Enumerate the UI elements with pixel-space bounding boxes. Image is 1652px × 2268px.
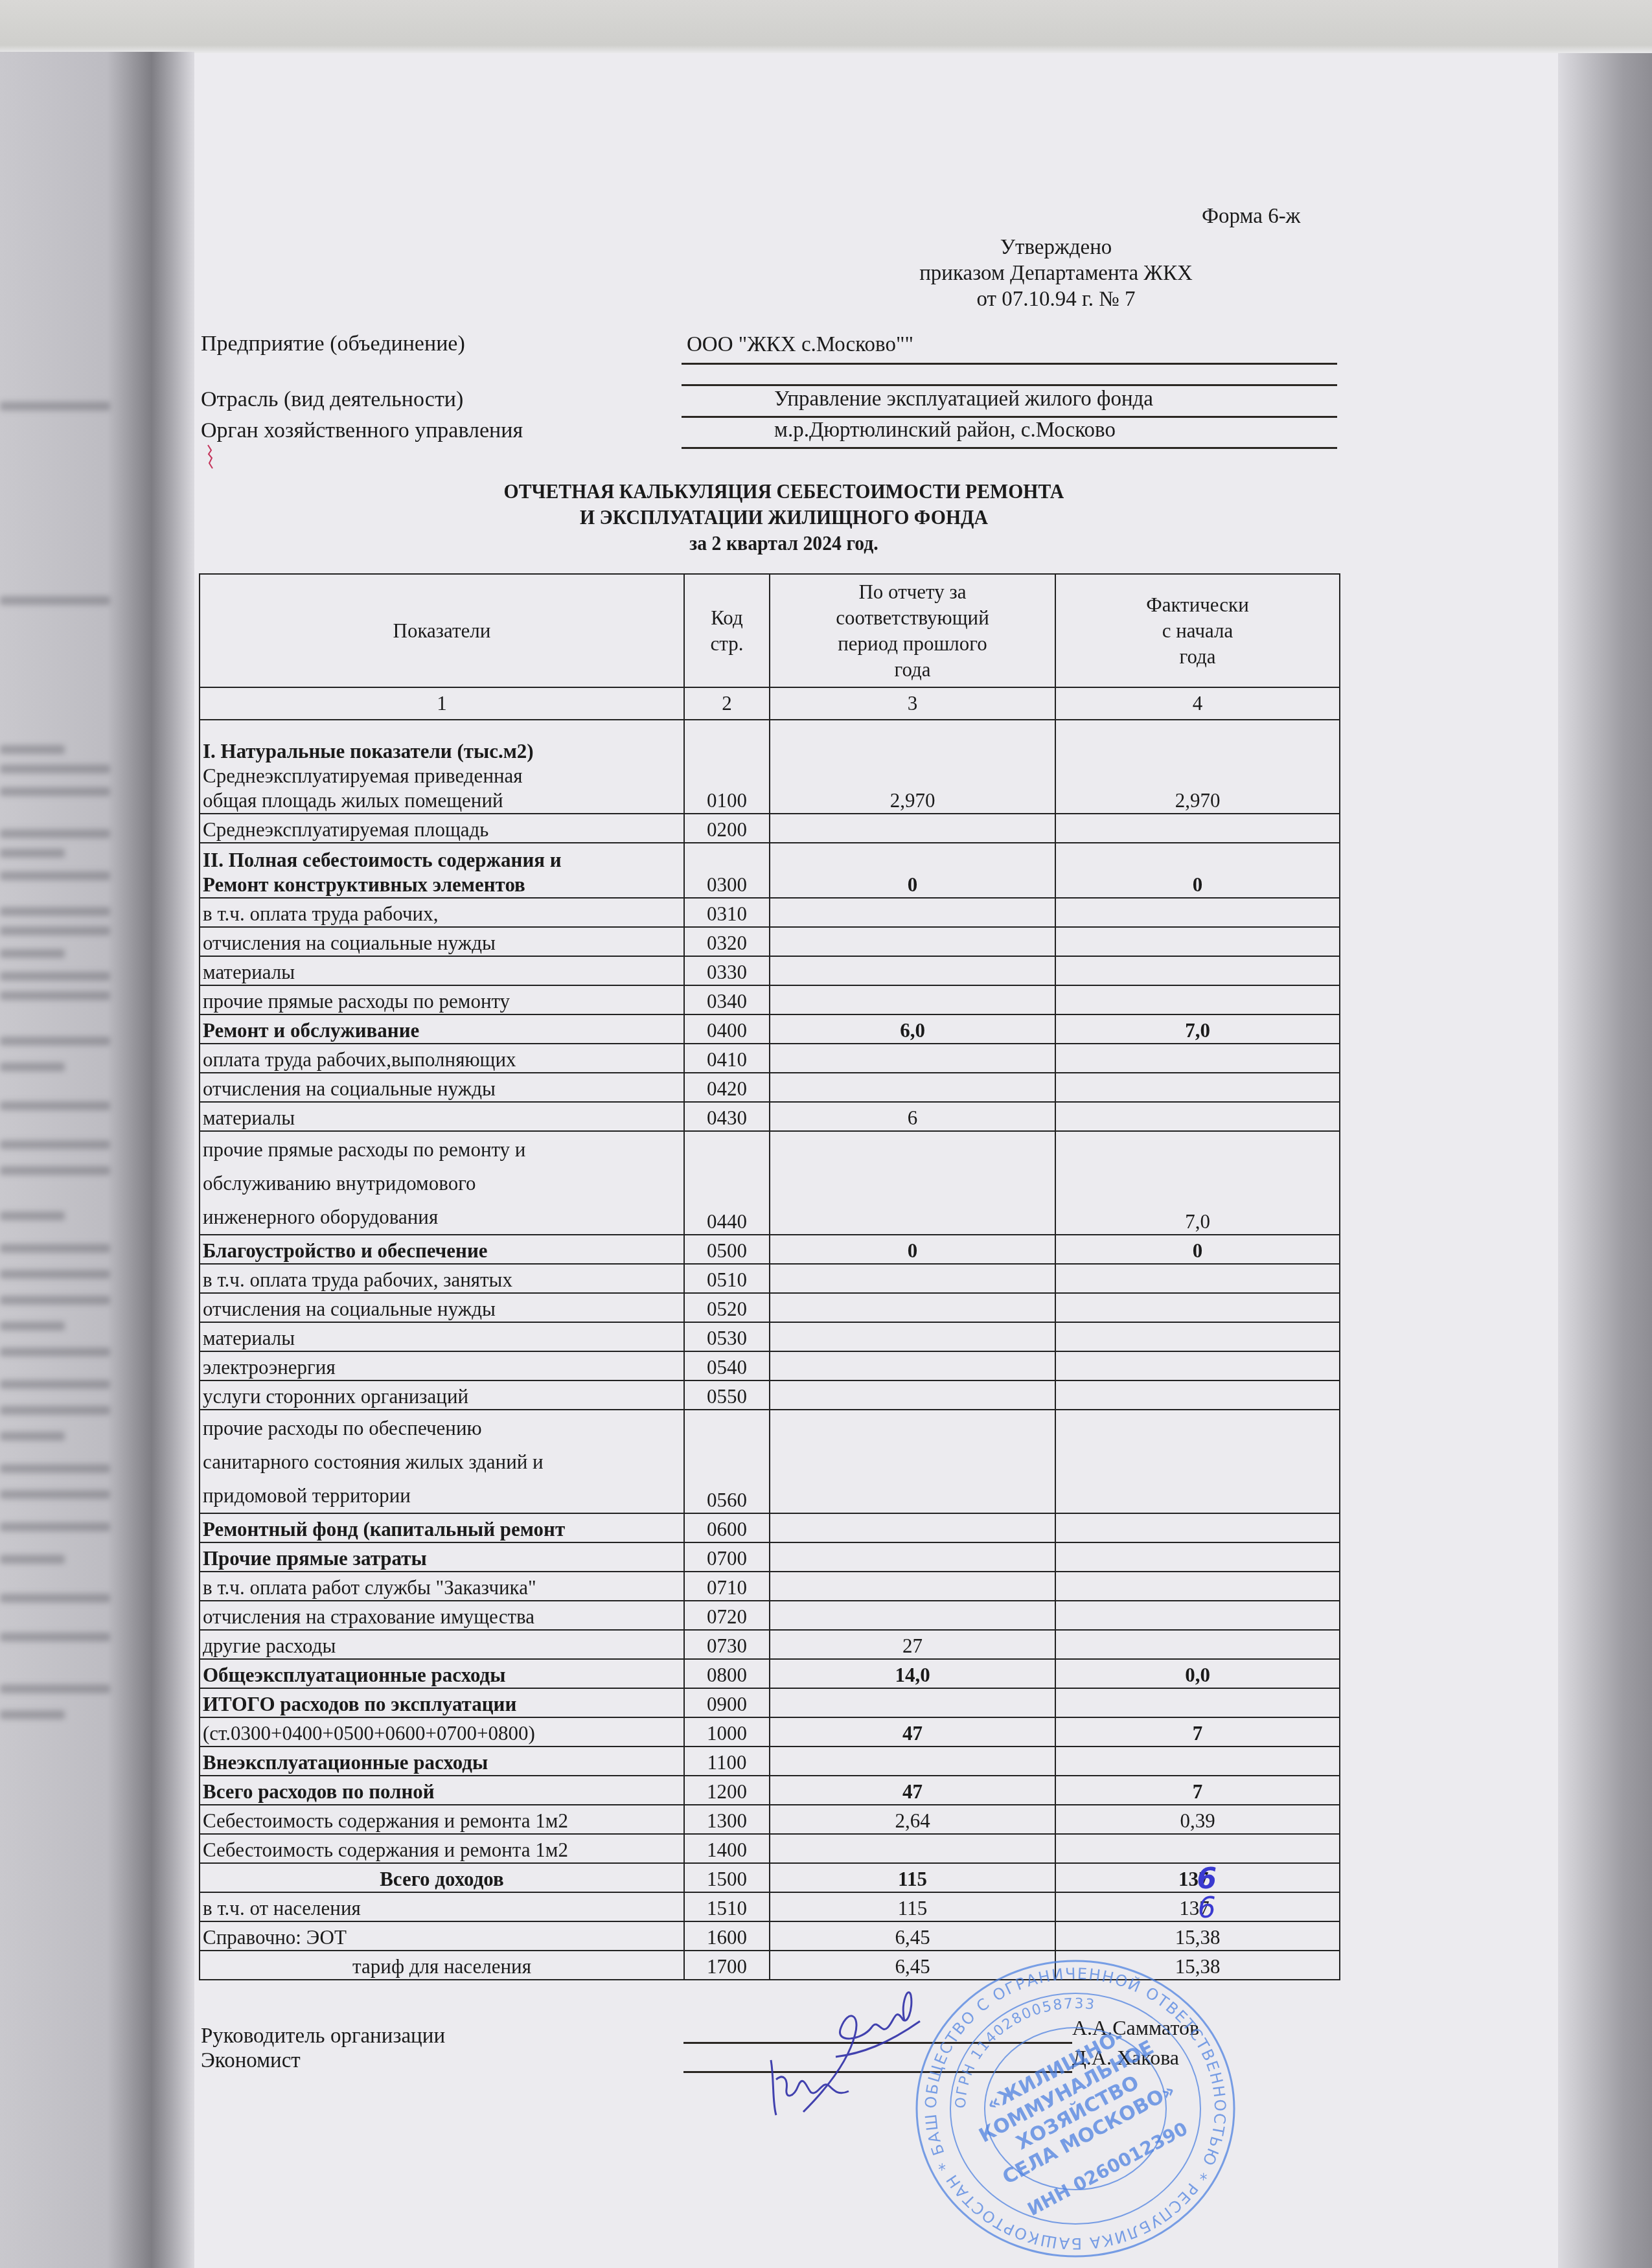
table-row: прочие расходы по обеспечениюсанитарного… [200,1410,1340,1513]
row-code: 0800 [684,1659,770,1688]
row-actual-value [1055,1630,1340,1659]
row-indicator-name: Благоустройство и обеспечение [200,1235,684,1264]
title-line-1: ОТЧЕТНАЯ КАЛЬКУЛЯЦИЯ СЕБЕСТОИМОСТИ РЕМОН… [393,478,1176,504]
blurred-adjacent-page [0,52,194,2268]
row-indicator-name: Ремонт и обслуживание [200,1014,684,1044]
table-row: (ст.0300+0400+0500+0600+0700+0800)100047… [200,1717,1340,1747]
row-prev-year-value [770,814,1055,843]
approval-line: приказом Департамента ЖКХ [771,260,1341,286]
table-header-row: Показатели Кодстр. По отчету засоответст… [200,574,1340,687]
row-indicator-name: Общеэксплуатационные расходы [200,1659,684,1688]
row-actual-value [1055,1542,1340,1572]
row-indicator-name: другие расходы [200,1630,684,1659]
row-prev-year-value: 6 [770,1102,1055,1131]
row-prev-year-value: 27 [770,1630,1055,1659]
table-row: в т.ч. оплата труда рабочих, занятых0510 [200,1264,1340,1293]
row-indicator-name: материалы [200,956,684,985]
row-code: 0730 [684,1630,770,1659]
row-indicator-name: прочие прямые расходы по ремонту иобслуж… [200,1131,684,1235]
title-period: за 2 квартал 2024 год. [393,530,1176,556]
table-row: Справочно: ЭОТ16006,4515,38 [200,1921,1340,1951]
row-prev-year-value [770,1264,1055,1293]
row-indicator-name: Всего расходов по полной [200,1776,684,1805]
row-prev-year-value [770,1747,1055,1776]
row-actual-value [1055,1264,1340,1293]
row-prev-year-value: 2,970 [770,720,1055,814]
page-edge-shadow [1558,53,1652,2268]
row-actual-value [1055,1601,1340,1630]
row-prev-year-value: 47 [770,1776,1055,1805]
row-code: 1500 [684,1863,770,1892]
row-prev-year-value: 2,64 [770,1805,1055,1834]
row-indicator-name: услуги сторонних организаций [200,1380,684,1410]
row-code: 1700 [684,1951,770,1980]
table-row: отчисления на социальные нужды0320 [200,927,1340,956]
row-code: 0420 [684,1073,770,1102]
industry-value: Управление эксплуатацией жилого фонда [774,387,1153,411]
row-prev-year-value [770,956,1055,985]
handwritten-signatures [758,1982,952,2131]
row-actual-value [1055,1322,1340,1351]
row-prev-year-value [770,985,1055,1014]
table-row: Внеэксплуатационные расходы1100 [200,1747,1340,1776]
row-code: 1400 [684,1834,770,1863]
row-code: 1300 [684,1805,770,1834]
row-actual-value [1055,1102,1340,1131]
head-label: Руководитель организации [201,2024,445,2048]
table-row: материалы0530 [200,1322,1340,1351]
table-row: Прочие прямые затраты0700 [200,1542,1340,1572]
row-indicator-name: прочие расходы по обеспечениюсанитарного… [200,1410,684,1513]
table-row: другие расходы073027 [200,1630,1340,1659]
row-actual-value [1055,898,1340,927]
row-code: 0550 [684,1380,770,1410]
row-code: 0510 [684,1264,770,1293]
industry-underline [682,416,1337,418]
row-actual-value: 0,0 [1055,1659,1340,1688]
row-prev-year-value [770,1688,1055,1717]
table-row: в т.ч. оплата работ службы "Заказчика"07… [200,1572,1340,1601]
row-prev-year-value: 14,0 [770,1659,1055,1688]
table-row: I. Натуральные показатели (тыс.м2)Средне… [200,720,1340,814]
column-number: 3 [770,687,1055,720]
approval-line: Утверждено [771,235,1341,260]
authority-label: Орган хозяйственного управления [201,418,523,443]
row-actual-value [1055,985,1340,1014]
enterprise-label: Предприятие (объединение) [201,332,465,356]
row-prev-year-value: 115 [770,1863,1055,1892]
approval-note: Утверждено приказом Департамента ЖКХ от … [771,235,1341,312]
row-actual-value [1055,1572,1340,1601]
approval-line: от 07.10.94 г. № 7 [771,286,1341,312]
row-indicator-name: Внеэксплуатационные расходы [200,1747,684,1776]
row-prev-year-value: 0 [770,1235,1055,1264]
red-ink-mark [206,444,215,470]
enterprise-underline [682,363,1337,365]
row-code: 0530 [684,1322,770,1351]
authority-value: м.р.Дюртюлинский район, с.Москово [774,418,1116,442]
table-row: Себестоимость содержания и ремонта 1м214… [200,1834,1340,1863]
row-code: 0330 [684,956,770,985]
table-row: II. Полная себестоимость содержания иРем… [200,843,1340,898]
row-actual-value: 0,39 [1055,1805,1340,1834]
row-indicator-name: тариф для населения [200,1951,684,1980]
table-row: Ремонт и обслуживание04006,07,0 [200,1014,1340,1044]
row-prev-year-value [770,1380,1055,1410]
row-indicator-name: Себестоимость содержания и ремонта 1м2 [200,1805,684,1834]
table-row: отчисления на страхование имущества0720 [200,1601,1340,1630]
row-actual-value [1055,1351,1340,1380]
row-indicator-name: Прочие прямые затраты [200,1542,684,1572]
handwritten-correction: 6 [1198,1892,1216,1921]
table-row: в т.ч. от населения15101151376 [200,1892,1340,1921]
row-actual-value [1055,1688,1340,1717]
row-indicator-name: Среднеэксплуатируемая площадь [200,814,684,843]
row-code: 1600 [684,1921,770,1951]
header-prev-year: По отчету засоответствующийпериод прошло… [770,574,1055,687]
row-indicator-name: Себестоимость содержания и ремонта 1м2 [200,1834,684,1863]
row-actual-value [1055,814,1340,843]
row-code: 0300 [684,843,770,898]
row-code: 0400 [684,1014,770,1044]
row-actual-value [1055,927,1340,956]
row-prev-year-value: 115 [770,1892,1055,1921]
row-actual-value [1055,1410,1340,1513]
row-indicator-name: в т.ч. оплата труда рабочих, [200,898,684,927]
row-code: 0200 [684,814,770,843]
row-actual-value: 2,970 [1055,720,1340,814]
row-code: 0560 [684,1410,770,1513]
cost-calculation-table: Показатели Кодстр. По отчету засоответст… [199,573,1340,1980]
row-indicator-name: Справочно: ЭОТ [200,1921,684,1951]
table-row: материалы0330 [200,956,1340,985]
table-row: электроэнергия0540 [200,1351,1340,1380]
report-title: ОТЧЕТНАЯ КАЛЬКУЛЯЦИЯ СЕБЕСТОИМОСТИ РЕМОН… [393,478,1176,556]
row-actual-value: 7,0 [1055,1014,1340,1044]
table-row: Среднеэксплуатируемая площадь0200 [200,814,1340,843]
row-actual-value [1055,1747,1340,1776]
row-code: 0600 [684,1513,770,1542]
row-actual-value: 7 [1055,1776,1340,1805]
row-prev-year-value [770,1044,1055,1073]
row-code: 0340 [684,985,770,1014]
row-actual-value: 0 [1055,1235,1340,1264]
row-code: 1000 [684,1717,770,1747]
row-indicator-name: I. Натуральные показатели (тыс.м2)Средне… [200,720,684,814]
row-code: 1510 [684,1892,770,1921]
row-indicator-name: II. Полная себестоимость содержания иРем… [200,843,684,898]
row-code: 0410 [684,1044,770,1073]
row-actual-value: 1376 [1055,1863,1340,1892]
row-code: 0520 [684,1293,770,1322]
table-row: Общеэксплуатационные расходы080014,00,0 [200,1659,1340,1688]
column-number: 2 [684,687,770,720]
row-code: 0310 [684,898,770,927]
row-prev-year-value [770,1351,1055,1380]
form-code: Форма 6-ж [1202,205,1300,229]
row-actual-value [1055,1044,1340,1073]
blank-underline [682,384,1337,386]
table-row: Благоустройство и обеспечение050000 [200,1235,1340,1264]
row-indicator-name: Всего доходов [200,1863,684,1892]
table-row: материалы04306 [200,1102,1340,1131]
column-number: 4 [1055,687,1340,720]
row-code: 0720 [684,1601,770,1630]
row-indicator-name: прочие прямые расходы по ремонту [200,985,684,1014]
table-row: Себестоимость содержания и ремонта 1м213… [200,1805,1340,1834]
row-actual-value: 1376 [1055,1892,1340,1921]
row-actual-value [1055,1380,1340,1410]
row-prev-year-value [770,1572,1055,1601]
row-indicator-name: в т.ч. оплата работ службы "Заказчика" [200,1572,684,1601]
table-row: оплата труда рабочих,выполняющих0410 [200,1044,1340,1073]
row-actual-value [1055,956,1340,985]
row-code: 0100 [684,720,770,814]
row-actual-value: 0 [1055,843,1340,898]
table-row: услуги сторонних организаций0550 [200,1380,1340,1410]
header-actual: Фактическис началагода [1055,574,1340,687]
table-row: ИТОГО расходов по эксплуатации0900 [200,1688,1340,1717]
row-prev-year-value [770,927,1055,956]
row-indicator-name: оплата труда рабочих,выполняющих [200,1044,684,1073]
column-number: 1 [200,687,684,720]
row-prev-year-value [770,1131,1055,1235]
row-prev-year-value [770,1513,1055,1542]
row-actual-value [1055,1073,1340,1102]
row-prev-year-value [770,1073,1055,1102]
table-row: Всего доходов15001151376 [200,1863,1340,1892]
row-code: 1200 [684,1776,770,1805]
row-actual-value: 7 [1055,1717,1340,1747]
row-indicator-name: в т.ч. от населения [200,1892,684,1921]
row-prev-year-value [770,1293,1055,1322]
scanner-top-band [0,0,1652,53]
row-indicator-name: материалы [200,1102,684,1131]
row-indicator-name: (ст.0300+0400+0500+0600+0700+0800) [200,1717,684,1747]
row-indicator-name: отчисления на социальные нужды [200,1073,684,1102]
column-number-row: 1 2 3 4 [200,687,1340,720]
title-line-2: И ЭКСПЛУАТАЦИИ ЖИЛИЩНОГО ФОНДА [393,504,1176,530]
row-indicator-name: отчисления на социальные нужды [200,927,684,956]
economist-label: Экономист [201,2049,301,2073]
row-indicator-name: отчисления на страхование имущества [200,1601,684,1630]
table-row: в т.ч. оплата труда рабочих,0310 [200,898,1340,927]
row-prev-year-value: 0 [770,843,1055,898]
row-prev-year-value [770,898,1055,927]
table-row: Всего расходов по полной1200477 [200,1776,1340,1805]
row-code: 0440 [684,1131,770,1235]
row-indicator-name: электроэнергия [200,1351,684,1380]
row-code: 1100 [684,1747,770,1776]
row-actual-value: 7,0 [1055,1131,1340,1235]
row-code: 0540 [684,1351,770,1380]
table-row: отчисления на социальные нужды0520 [200,1293,1340,1322]
industry-label: Отрасль (вид деятельности) [201,387,463,412]
row-indicator-name: Ремонтный фонд (капитальный ремонт [200,1513,684,1542]
handwritten-correction: 6 [1197,1863,1217,1892]
row-actual-value [1055,1834,1340,1863]
row-code: 0900 [684,1688,770,1717]
header-indicators: Показатели [200,574,684,687]
row-prev-year-value: 47 [770,1717,1055,1747]
table-row: отчисления на социальные нужды0420 [200,1073,1340,1102]
row-code: 0320 [684,927,770,956]
row-actual-value: 15,38 [1055,1921,1340,1951]
row-actual-value [1055,1293,1340,1322]
row-code: 0700 [684,1542,770,1572]
row-prev-year-value [770,1834,1055,1863]
table-row: прочие прямые расходы по ремонту иобслуж… [200,1131,1340,1235]
enterprise-value: ООО "ЖКХ с.Москово"" [687,333,913,357]
row-prev-year-value [770,1410,1055,1513]
authority-underline [682,447,1337,449]
table-row: Ремонтный фонд (капитальный ремонт0600 [200,1513,1340,1542]
table-row: прочие прямые расходы по ремонту0340 [200,985,1340,1014]
row-indicator-name: в т.ч. оплата труда рабочих, занятых [200,1264,684,1293]
row-prev-year-value [770,1322,1055,1351]
header-code: Кодстр. [684,574,770,687]
row-indicator-name: отчисления на социальные нужды [200,1293,684,1322]
row-prev-year-value [770,1542,1055,1572]
row-code: 0500 [684,1235,770,1264]
row-prev-year-value [770,1601,1055,1630]
row-prev-year-value: 6,0 [770,1014,1055,1044]
row-code: 0430 [684,1102,770,1131]
row-code: 0710 [684,1572,770,1601]
row-actual-value [1055,1513,1340,1542]
row-indicator-name: ИТОГО расходов по эксплуатации [200,1688,684,1717]
row-indicator-name: материалы [200,1322,684,1351]
row-prev-year-value: 6,45 [770,1921,1055,1951]
